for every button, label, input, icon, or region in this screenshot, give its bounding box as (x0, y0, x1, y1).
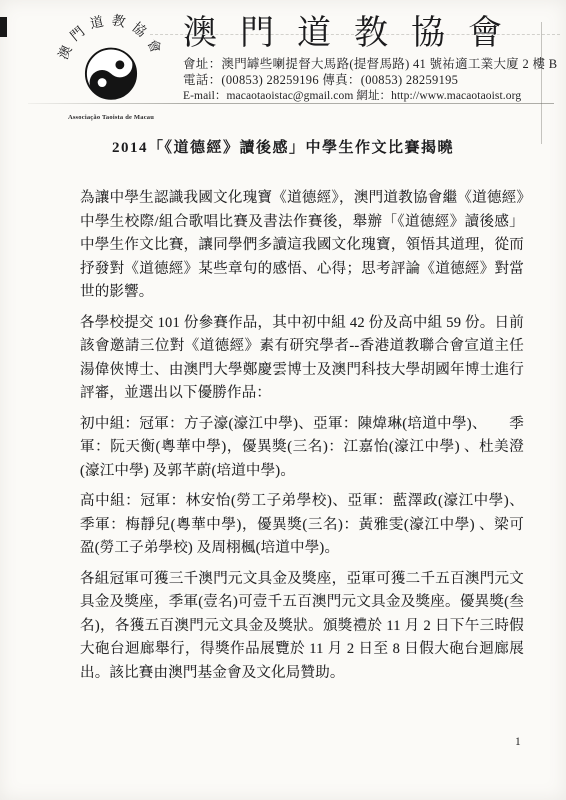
paragraph-junior-group-results: 初中組：冠軍：方子濠(濠江中學)、亞軍：陳煒琳(培道中學)、 季軍：阮天衡(粵華… (80, 413, 524, 484)
paragraph-senior-group-results: 高中組：冠軍：林安怡(勞工子弟學校)、亞軍：藍澤政(濠江中學)、季軍：梅靜兒(粵… (80, 490, 524, 561)
email-website-line: E-mail：macaotaoistac@gmail.com 網址：http:/… (183, 88, 555, 104)
logo-caption: Associação Taoista de Macau (54, 114, 168, 121)
document-body: 為讓中學生認識我國文化瑰寶《道德經》，澳門道教協會繼《道德經》中學生校際/組合歌… (80, 187, 524, 692)
document-title: 2014「《道德經》讀後感」中學生作文比賽揭曉 (0, 136, 566, 157)
scan-artifact-corner (0, 17, 7, 37)
address-line: 會址：澳門罅些喇提督大馬路(提督馬路) 41 號祐適工業大廈 2 樓 B (183, 56, 555, 72)
letterhead-divider (28, 103, 554, 104)
letterhead-text: 澳門道教協會 會址：澳門罅些喇提督大馬路(提督馬路) 41 號祐適工業大廈 2 … (183, 12, 555, 104)
org-name: 澳門道教協會 (183, 12, 555, 56)
phone-fax-line: 電話：(00853) 28259196 傳真：(00853) 28259195 (183, 72, 555, 88)
paragraph-submissions-judges: 各學校提交 101 份參賽作品，其中初中組 42 份及高中組 59 份。日前該會… (80, 312, 524, 406)
association-logo: 澳門道教協會 Associação Taoista de Macau (54, 10, 168, 121)
paragraph-prizes-and-ceremony: 各組冠軍可獲三千澳門元文具金及獎座，亞軍可獲二千五百澳門元文具金及獎座，季軍(壹… (80, 568, 524, 686)
paragraph-intro: 為讓中學生認識我國文化瑰寶《道德經》，澳門道教協會繼《道德經》中學生校際/組合歌… (80, 187, 524, 305)
page-number: 1 (515, 736, 521, 748)
scanned-letter-page: 澳門道教協會 Associação Taoista de Macau 澳門道教協… (0, 0, 566, 800)
